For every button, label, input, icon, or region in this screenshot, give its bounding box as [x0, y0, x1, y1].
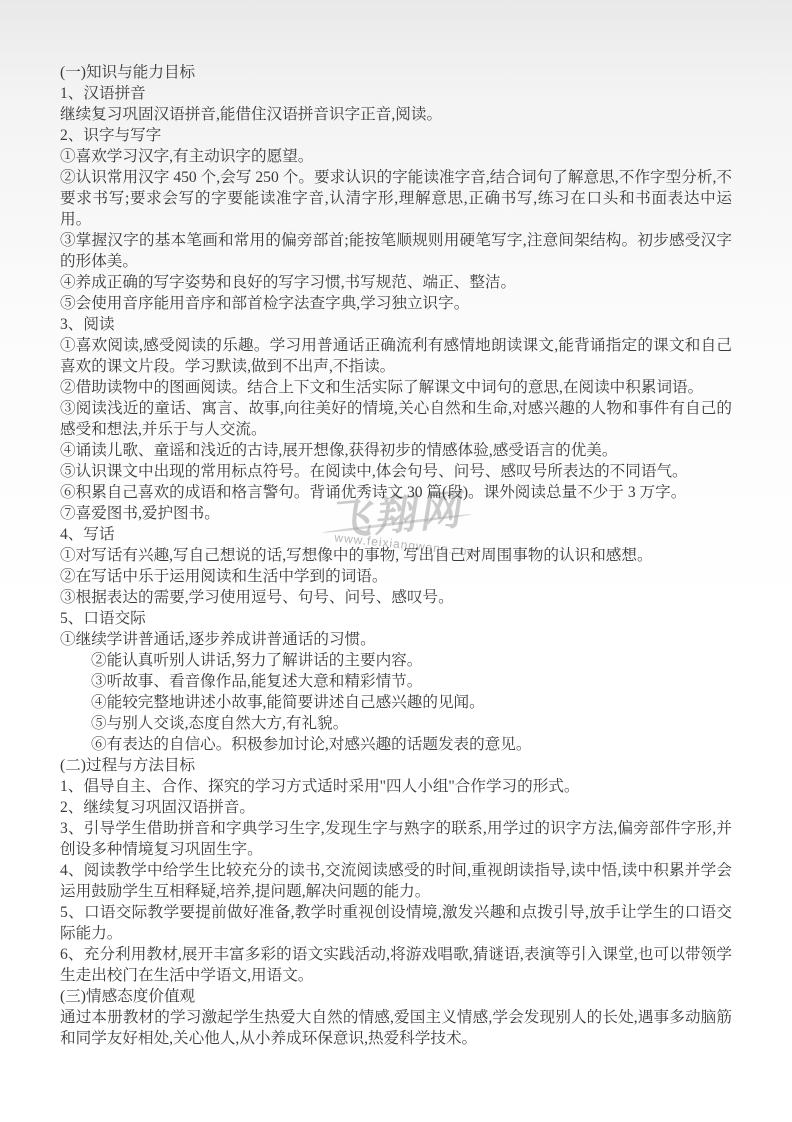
- list-item: ⑤会使用音序能用音序和部首检字法查字典,学习独立识字。: [60, 293, 732, 314]
- list-item: ③阅读浅近的童话、寓言、故事,向往美好的情境,关心自然和生命,对感兴趣的人物和事…: [60, 398, 732, 440]
- list-item: 6、充分利用教材,展开丰富多彩的语文实践活动,将游戏唱歌,猜谜语,表演等引入课堂…: [60, 944, 732, 986]
- list-item: ④养成正确的写字姿势和良好的写字习惯,书写规范、端正、整洁。: [60, 272, 732, 293]
- list-item: ②借助读物中的图画阅读。结合上下文和生活实际了解课文中词句的意思,在阅读中积累词…: [60, 377, 732, 398]
- list-item: ①喜欢阅读,感受阅读的乐趣。学习用普通话正确流利有感情地朗读课文,能背诵指定的课…: [60, 335, 732, 377]
- subsection-heading: 2、识字与写字: [60, 125, 732, 146]
- paragraph: 继续复习巩固汉语拼音,能借住汉语拼音识字正音,阅读。: [60, 104, 732, 125]
- list-item: ①喜欢学习汉字,有主动识字的愿望。: [60, 146, 732, 167]
- list-item: 2、继续复习巩固汉语拼音。: [60, 797, 732, 818]
- section-heading: (一)知识与能力目标: [60, 62, 732, 83]
- list-item: ⑥有表达的自信心。积极参加讨论,对感兴趣的话题发表的意见。: [60, 734, 732, 755]
- list-item: 3、引导学生借助拼音和字典学习生字,发现生字与熟字的联系,用学过的识字方法,偏旁…: [60, 818, 732, 860]
- list-item: ②在写话中乐于运用阅读和生活中学到的词语。: [60, 566, 732, 587]
- list-item: ⑦喜爱图书,爱护图书。: [60, 503, 732, 524]
- section-heading: (三)情感态度价值观: [60, 986, 732, 1007]
- subsection-heading: 1、汉语拼音: [60, 83, 732, 104]
- paragraph: 通过本册教材的学习激起学生热爱大自然的情感,爱国主义情感,学会发现别人的长处,遇…: [60, 1007, 732, 1049]
- list-item: ②认识常用汉字 450 个,会写 250 个。要求认识的字能读准字音,结合词句了…: [60, 167, 732, 230]
- list-item: ⑥积累自己喜欢的成语和格言警句。背诵优秀诗文 30 篇(段)。课外阅读总量不少于…: [60, 482, 732, 503]
- section-heading: (二)过程与方法目标: [60, 755, 732, 776]
- list-item: ③根据表达的需要,学习使用逗号、句号、问号、感叹号。: [60, 587, 732, 608]
- list-item: ③听故事、看音像作品,能复述大意和精彩情节。: [60, 671, 732, 692]
- list-item: ⑤与别人交谈,态度自然大方,有礼貌。: [60, 713, 732, 734]
- subsection-heading: 4、写话: [60, 524, 732, 545]
- list-item: ①继续学讲普通话,逐步养成讲普通话的习惯。: [60, 629, 732, 650]
- document-body: (一)知识与能力目标1、汉语拼音继续复习巩固汉语拼音,能借住汉语拼音识字正音,阅…: [60, 62, 732, 1049]
- document-page: 飞翔网 www.feixiangwang.com (一)知识与能力目标1、汉语拼…: [0, 0, 792, 1122]
- list-item: ④诵读儿歌、童谣和浅近的古诗,展开想像,获得初步的情感体验,感受语言的优美。: [60, 440, 732, 461]
- list-item: 4、阅读教学中给学生比较充分的读书,交流阅读感受的时间,重视朗读指导,读中悟,读…: [60, 860, 732, 902]
- list-item: 5、口语交际教学要提前做好准备,教学时重视创设情境,激发兴趣和点拨引导,放手让学…: [60, 902, 732, 944]
- list-item: ①对写话有兴趣,写自己想说的话,写想像中的事物, 写出自己对周围事物的认识和感想…: [60, 545, 732, 566]
- list-item: ③掌握汉字的基本笔画和常用的偏旁部首;能按笔顺规则用硬笔写字,注意间架结构。初步…: [60, 230, 732, 272]
- list-item: ④能较完整地讲述小故事,能简要讲述自己感兴趣的见闻。: [60, 692, 732, 713]
- list-item: 1、倡导自主、合作、探究的学习方式适时采用"四人小组"合作学习的形式。: [60, 776, 732, 797]
- list-item: ②能认真听别人讲话,努力了解讲话的主要内容。: [60, 650, 732, 671]
- list-item: ⑤认识课文中出现的常用标点符号。在阅读中,体会句号、问号、感叹号所表达的不同语气…: [60, 461, 732, 482]
- subsection-heading: 5、口语交际: [60, 608, 732, 629]
- subsection-heading: 3、阅读: [60, 314, 732, 335]
